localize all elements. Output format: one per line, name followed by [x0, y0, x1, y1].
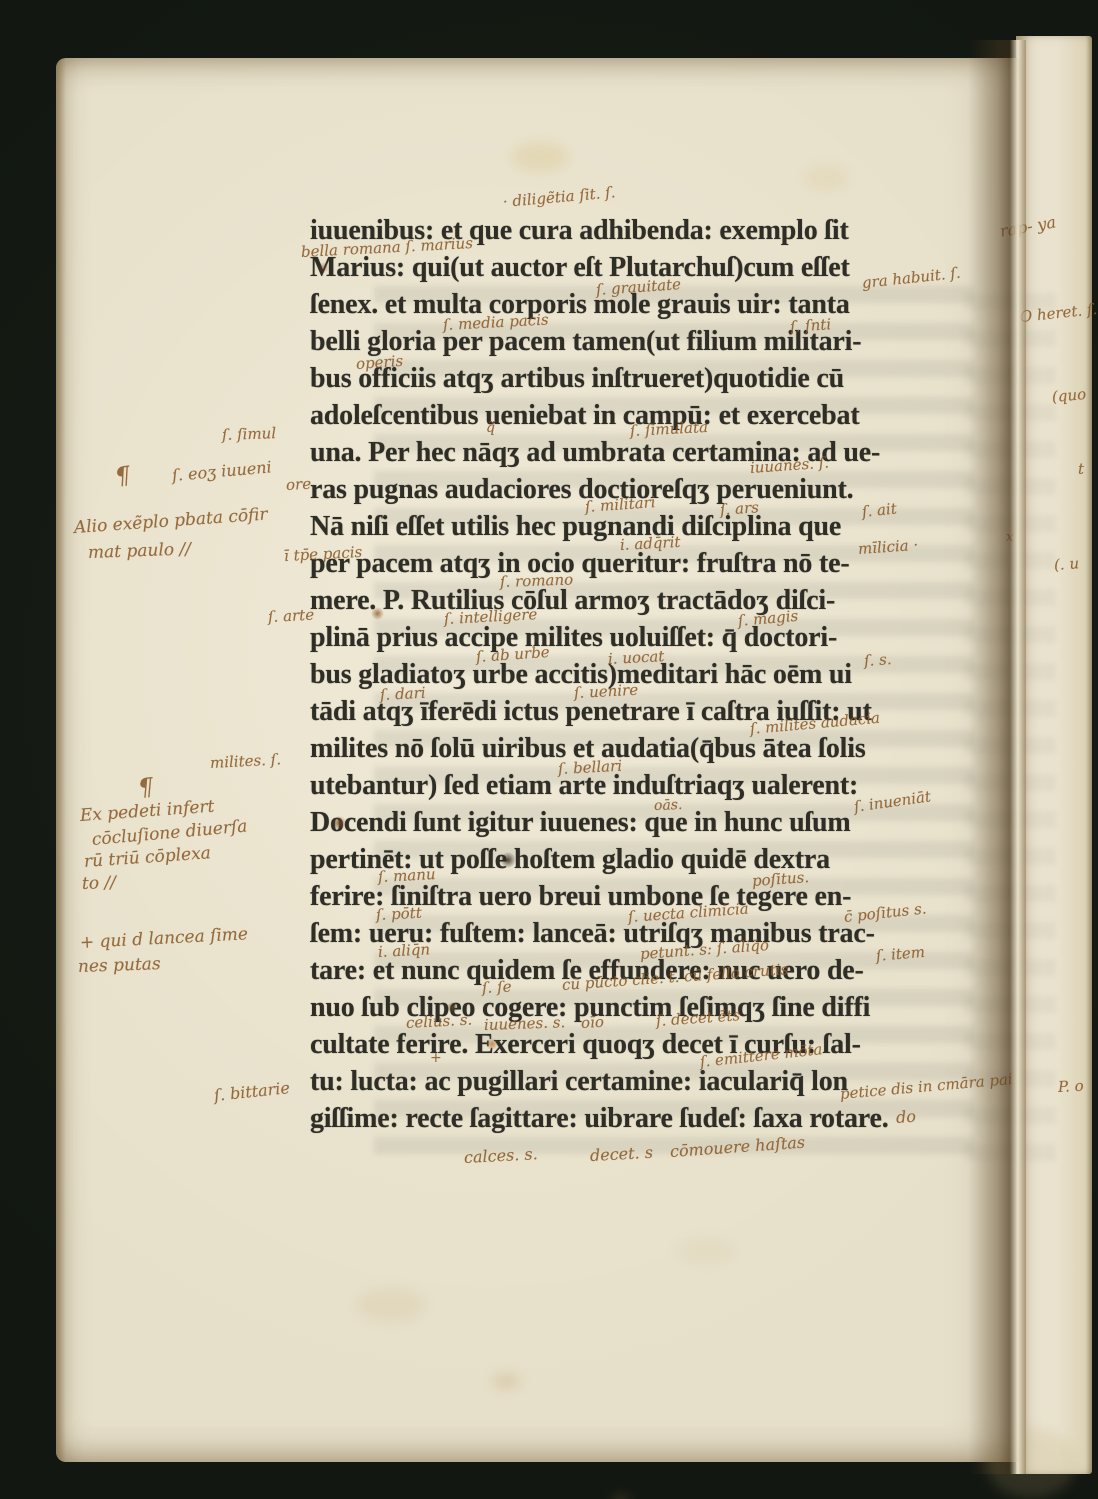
marginal-gloss: poſitus.	[751, 868, 809, 890]
marginal-gloss: ſ. emittere mōta	[699, 1040, 823, 1071]
marginal-gloss: Alio exẽplo pbata cōfir	[73, 504, 268, 537]
marginal-gloss: ſ. ſnti	[789, 315, 831, 336]
marginal-gloss: mat paulo //	[88, 539, 192, 563]
marginal-gloss: ſ. grauitate	[595, 275, 681, 299]
marginal-gloss: ſ. uenire	[574, 681, 639, 702]
marginal-gloss: +	[430, 1050, 442, 1066]
marginal-gloss: O heret. ſ.	[1019, 300, 1098, 326]
marginal-gloss: operis	[355, 352, 403, 373]
marginal-gloss: oās.	[654, 797, 683, 814]
marginal-gloss: ſ. decet ēts	[655, 1006, 740, 1030]
marginal-gloss: bella romana ſ. marius	[301, 234, 474, 261]
marginal-gloss: oīo	[581, 1013, 605, 1032]
marginal-gloss: ſ. militari	[584, 493, 656, 516]
marginal-gloss: gra habuit. ſ.	[861, 264, 961, 292]
ink-blot	[486, 1038, 498, 1050]
marginal-gloss: calces. s.	[464, 1144, 539, 1167]
marginal-gloss: ſ. romano	[500, 570, 574, 591]
marginal-gloss: i. aliq̄n	[378, 940, 431, 961]
marginal-gloss: ī tp̄e pacis	[284, 543, 363, 565]
marginal-gloss: c̄ poſitus s.	[843, 899, 927, 926]
marginal-gloss: ſ. item	[875, 943, 925, 965]
marginal-gloss: ſ. bittarie	[213, 1078, 291, 1105]
ink-blot	[318, 262, 329, 273]
marginal-gloss: ore	[286, 475, 312, 494]
marginal-gloss: ſ. bellari	[558, 757, 623, 778]
marginal-gloss: ſ. uecta climicia	[627, 900, 749, 926]
marginal-gloss: mīlicia ·	[857, 536, 918, 558]
marginal-gloss: ſ. milites audacia	[749, 709, 880, 738]
marginal-gloss: ſ. inueniāt	[853, 787, 932, 816]
marginal-gloss: ſ. eoʒ iuueni	[171, 457, 272, 485]
marginal-gloss: (quo	[1051, 385, 1087, 406]
marginal-gloss: ¶	[113, 461, 132, 491]
marginal-gloss: i. adq̄rit	[620, 533, 681, 554]
marginal-gloss: (. u	[1053, 554, 1079, 574]
marginal-gloss: cōmouere haſtas	[669, 1133, 805, 1161]
marginal-gloss: ſ. ſimul	[222, 424, 277, 444]
marginal-gloss: P. o	[1058, 1077, 1085, 1096]
marginal-gloss: q̃	[486, 420, 495, 436]
ink-blot	[371, 607, 384, 620]
marginal-gloss: nes putas	[78, 954, 161, 977]
marginalia-layer: · diligẽtia ſit. ſ.bella romana ſ. mariu…	[0, 0, 1098, 1499]
marginal-gloss: ¶	[137, 772, 155, 801]
marginal-gloss: ſ. intelligere	[444, 605, 538, 628]
marginal-gloss: ſ. magis	[737, 607, 799, 630]
marginal-gloss: ſ. pōtt	[376, 904, 423, 924]
marginal-gloss: ſ. ſimulata	[630, 418, 709, 440]
marginal-gloss: decet. s	[590, 1143, 654, 1165]
ink-blot	[332, 816, 346, 830]
marginal-gloss: i. uocat	[608, 647, 665, 668]
marginal-gloss: ſ. ab urbe	[475, 643, 550, 666]
marginal-gloss: cū pūcto clie. t. cū fello crutis	[561, 960, 788, 994]
marginal-gloss: petunt. s: ſ. aliq̄o	[639, 936, 769, 963]
marginal-gloss: ſ. manu	[378, 865, 436, 886]
marginal-gloss: + qui d lancea ſime	[79, 924, 248, 953]
marginal-gloss: celius. s.	[406, 1011, 473, 1032]
gutter-fold	[968, 40, 1026, 1474]
marginal-gloss: do	[895, 1107, 916, 1127]
ink-blot	[500, 852, 516, 868]
marginal-gloss: ſ. s.	[863, 650, 892, 670]
marginal-gloss: ſ. arte	[268, 606, 315, 626]
marginal-gloss: ſ. ſe	[482, 977, 512, 997]
marginal-gloss: · diligẽtia ſit. ſ.	[502, 183, 616, 211]
marginal-gloss: ſ. ars	[719, 498, 759, 519]
marginal-gloss: milites. ſ.	[210, 750, 282, 772]
marginal-gloss: ſ. media pacis	[443, 310, 550, 334]
marginal-gloss: ſ. dari	[380, 684, 426, 704]
marginal-gloss: to //	[82, 873, 117, 894]
marginal-gloss: iuuanes. ſ.	[749, 454, 829, 477]
marginal-gloss: t	[1078, 460, 1084, 478]
marginal-gloss: ſ. ait	[861, 499, 898, 521]
marginal-gloss: iuuenes. s.	[484, 1013, 566, 1034]
